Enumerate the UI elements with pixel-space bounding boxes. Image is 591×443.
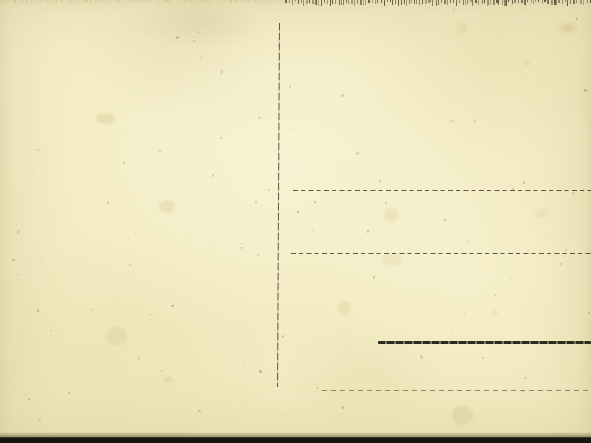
paper-speck [385, 202, 387, 204]
deckle-tick [498, 0, 499, 5]
paper-speck [38, 418, 40, 421]
deckle-tick [450, 0, 451, 3]
deckle-tick [475, 0, 477, 3]
paper-speck [444, 219, 446, 221]
deckle-tick [249, 0, 250, 2]
paper-speck [268, 189, 270, 191]
deckle-tick [567, 0, 568, 6]
deckle-tick [241, 0, 242, 2]
deckle-tick [583, 0, 584, 5]
paper-speck [576, 17, 578, 20]
deckle-tick [37, 0, 38, 3]
deckle-tick [188, 0, 190, 2]
paper-speck [287, 414, 288, 415]
paper-speck [172, 265, 174, 266]
deckle-tick [514, 0, 516, 3]
deckle-tick [148, 0, 149, 3]
deckle-tick [512, 0, 513, 4]
deckle-tick [527, 0, 528, 2]
paper-speck [549, 238, 550, 239]
paper-speck [210, 151, 212, 153]
paper-speck [41, 261, 42, 262]
paper-speck [175, 132, 177, 134]
paper-speck [123, 162, 125, 164]
paper-speck [259, 370, 262, 373]
deckle-tick [372, 0, 373, 3]
deckle-tick [95, 0, 96, 3]
paper-speck [149, 314, 151, 315]
deckle-tick [259, 0, 260, 1]
paper-speck [193, 40, 195, 43]
paper-speck [138, 412, 140, 414]
aging-stain [382, 253, 401, 266]
paper-speck [524, 377, 526, 379]
deckle-tick [506, 0, 507, 6]
paper-speck [317, 387, 319, 389]
paper-speck [173, 86, 174, 88]
paper-speck [378, 55, 380, 57]
paper-speck [5, 408, 7, 409]
deckle-tick [76, 0, 77, 1]
deckle-tick [28, 0, 29, 2]
paper-speck [572, 192, 575, 195]
deckle-tick [580, 0, 582, 4]
paper-speck [161, 370, 163, 372]
deckle-tick [170, 0, 171, 2]
paper-speck [565, 249, 567, 251]
deckle-tick [416, 0, 417, 4]
deckle-tick [244, 0, 245, 2]
deckle-tick [257, 0, 258, 2]
paper-speck [258, 104, 260, 106]
paper-speck [482, 357, 484, 358]
deckle-tick [494, 0, 495, 5]
deckle-tick [295, 0, 296, 2]
aging-stain [535, 208, 548, 218]
deckle-tick [406, 0, 407, 6]
deckle-tick [281, 0, 282, 3]
deckle-tick [62, 0, 63, 2]
deckle-tick [387, 0, 388, 2]
deckle-tick [551, 0, 553, 5]
paper-speck [259, 79, 261, 80]
paper-speck [379, 180, 381, 183]
deckle-tick [209, 0, 211, 3]
paper-speck [282, 335, 285, 338]
deckle-tick [467, 0, 468, 4]
postcard-back [0, 0, 591, 443]
deckle-tick [180, 0, 181, 3]
deckle-tick [324, 0, 325, 3]
deckle-tick [138, 0, 139, 2]
paper-speck [212, 174, 215, 177]
paper-speck [494, 294, 496, 297]
paper-speck [385, 282, 386, 283]
paper-speck [260, 97, 262, 99]
deckle-tick [395, 0, 396, 4]
deckle-tick [447, 0, 448, 5]
deckle-tick [205, 0, 206, 3]
deckle-tick [142, 0, 143, 2]
deckle-tick [398, 0, 399, 6]
aging-stain [491, 310, 498, 316]
deckle-tick [306, 0, 308, 4]
paper-speck [467, 241, 468, 243]
deckle-tick [18, 0, 20, 2]
paper-speck [200, 57, 202, 59]
deckle-tick [216, 0, 217, 2]
deckle-tick [562, 0, 563, 4]
deckle-tick [239, 0, 240, 1]
address-line [378, 341, 591, 344]
paper-speck [107, 201, 110, 204]
paper-speck [171, 305, 174, 307]
deckle-tick [538, 0, 539, 2]
deckle-tick [274, 0, 275, 3]
deckle-tick [255, 0, 256, 2]
deckle-tick [438, 0, 439, 5]
deckle-tick [502, 0, 503, 5]
deckle-tick [368, 0, 370, 3]
aging-stain [522, 60, 530, 66]
deckle-tick [422, 0, 423, 4]
deckle-tick [119, 0, 120, 3]
paper-speck [12, 259, 15, 261]
paper-speck [473, 120, 476, 123]
paper-speck [584, 89, 587, 93]
deckle-tick [430, 0, 431, 2]
deckle-tick [78, 0, 79, 2]
deckle-tick [50, 0, 51, 1]
deckle-tick [23, 0, 24, 2]
deckle-tick [518, 0, 519, 3]
deckle-tick [521, 0, 523, 3]
deckle-tick [558, 0, 560, 3]
deckle-tick [318, 0, 319, 6]
paper-speck [450, 120, 452, 122]
paper-speck [255, 201, 257, 204]
paper-speck [220, 70, 223, 74]
deckle-tick [335, 0, 336, 4]
deckle-tick [292, 0, 293, 5]
address-divider-line [277, 23, 280, 387]
deckle-tick [4, 0, 5, 3]
deckle-tick [570, 0, 571, 4]
deckle-tick [587, 0, 588, 3]
address-line [322, 390, 591, 391]
paper-speck [143, 338, 144, 340]
paper-speck [373, 276, 375, 279]
paper-speck [428, 212, 429, 213]
paper-speck [346, 347, 347, 349]
paper-speck [138, 357, 140, 360]
address-line [291, 253, 591, 254]
address-line [293, 190, 591, 191]
deckle-tick [86, 0, 88, 2]
paper-speck [298, 344, 299, 346]
paper-speck [588, 312, 589, 313]
deckle-tick [360, 0, 362, 5]
paper-speck [17, 230, 20, 233]
deckle-tick [12, 0, 13, 2]
deckle-tick [381, 0, 382, 3]
deckle-tick [44, 0, 45, 1]
deckle-tick [346, 0, 347, 3]
aging-stain [159, 200, 175, 213]
paper-speck [17, 274, 19, 275]
paper-speck [198, 410, 201, 412]
paper-speck [315, 384, 316, 385]
paper-speck [475, 367, 477, 369]
deckle-tick [34, 0, 35, 1]
paper-speck [159, 150, 161, 152]
paper-speck [297, 211, 298, 213]
deckle-tick [263, 0, 265, 2]
deckle-tick [128, 0, 129, 2]
deckle-tick [267, 0, 268, 2]
deckle-tick [351, 0, 353, 4]
deckle-tick [56, 0, 57, 3]
deckle-tick [301, 0, 302, 3]
deckle-tick [348, 0, 349, 4]
aging-stain [384, 207, 400, 222]
paper-speck [420, 355, 423, 359]
paper-speck [342, 406, 345, 410]
deckle-tick [111, 0, 112, 3]
paper-speck [91, 309, 93, 311]
deckle-tick [490, 0, 491, 5]
deckle-tick [441, 0, 442, 3]
paper-speck [242, 361, 244, 362]
paper-speck [114, 303, 116, 305]
deckle-tick [339, 0, 340, 5]
deckle-tick [278, 0, 279, 1]
deckle-tick [107, 0, 108, 1]
deckle-tick [531, 0, 532, 3]
deckle-tick [218, 0, 219, 1]
paper-texture [0, 0, 591, 443]
paper-speck [312, 229, 314, 231]
deckle-tick [289, 0, 290, 3]
deckle-tick [321, 0, 322, 6]
deckle-tick [544, 0, 546, 2]
aging-stain [338, 301, 352, 316]
deckle-tick [392, 0, 393, 5]
paper-speck [209, 242, 210, 243]
aging-stain [452, 406, 472, 425]
deckle-tick [365, 0, 366, 5]
paper-speck [289, 85, 291, 88]
paper-speck [560, 263, 562, 265]
deckle-tick [478, 0, 479, 5]
deckle-tick [72, 0, 73, 2]
deckle-tick [456, 0, 457, 6]
paper-speck [28, 398, 30, 401]
paper-speck [197, 32, 199, 33]
paper-speck [367, 230, 369, 232]
deckle-tick [122, 0, 123, 2]
paper-speck [240, 247, 242, 249]
deckle-tick [419, 0, 420, 5]
deckle-tick [101, 0, 102, 2]
deckle-tick [91, 0, 92, 2]
deckle-tick [115, 0, 117, 2]
aging-stain [106, 326, 127, 347]
paper-speck [246, 401, 248, 402]
paper-speck [464, 313, 465, 314]
deckle-tick [184, 0, 185, 2]
deckle-tick [547, 0, 549, 4]
deckle-tick [298, 0, 299, 4]
deckle-tick [193, 0, 194, 1]
deckle-tick [163, 0, 165, 3]
deckle-tick [131, 0, 132, 3]
paper-speck [496, 34, 497, 36]
deckle-tick [173, 0, 174, 3]
deckle-tick [354, 0, 355, 6]
deckle-tick [60, 0, 62, 2]
paper-speck [282, 75, 284, 76]
deckle-tick [556, 0, 557, 5]
deckle-tick [80, 0, 81, 2]
deckle-tick [8, 0, 9, 1]
deckle-tick [146, 0, 147, 2]
deckle-tick [357, 0, 358, 4]
deckle-tick [432, 0, 433, 6]
paper-speck [292, 127, 294, 129]
paper-speck [341, 94, 344, 97]
deckle-tick [463, 0, 464, 5]
aging-stain [456, 22, 467, 34]
deckle-tick [21, 0, 22, 3]
deckle-tick [453, 0, 454, 3]
deckle-tick [327, 0, 328, 4]
deckle-tick [436, 0, 437, 6]
paper-speck [258, 117, 261, 119]
paper-speck [529, 45, 530, 46]
deckle-tick [285, 0, 287, 3]
deckle-tick [482, 0, 483, 4]
deckle-tick [484, 0, 485, 3]
paper-speck [68, 392, 70, 394]
paper-speck [241, 243, 242, 244]
deckle-tick [524, 0, 526, 5]
deckle-tick [272, 0, 273, 1]
deckle-tick [535, 0, 536, 2]
deckle-tick [404, 0, 405, 4]
deckle-tick [459, 0, 460, 3]
deckle-tick [0, 0, 1, 2]
bottom-scan-band [0, 437, 591, 443]
deckle-tick [237, 0, 238, 2]
deckle-tick [576, 0, 577, 3]
paper-speck [37, 309, 39, 311]
deckle-tick [40, 0, 42, 2]
paper-speck [452, 335, 453, 336]
paper-speck [50, 330, 52, 332]
deckle-tick [225, 0, 226, 2]
deckle-tick [332, 0, 333, 4]
paper-speck [82, 419, 83, 421]
deckle-tick [384, 0, 385, 6]
deckle-tick [425, 0, 427, 4]
deckle-tick [151, 0, 152, 2]
deckle-tick [177, 0, 178, 2]
paper-speck [464, 138, 466, 139]
deckle-tick [253, 0, 254, 3]
paper-speck [74, 332, 75, 333]
deckle-tick [411, 0, 412, 3]
paper-speck [37, 149, 39, 151]
paper-speck [314, 201, 316, 203]
deckle-tick [231, 0, 232, 3]
deckle-tick [414, 0, 415, 4]
deckle-tick [159, 0, 160, 3]
deckle-tick [200, 0, 201, 3]
deckle-tick [196, 0, 197, 2]
deckle-tick [472, 0, 473, 6]
paper-speck [258, 367, 259, 368]
paper-speck [220, 137, 222, 139]
paper-speck [185, 233, 187, 234]
deckle-tick [66, 0, 68, 2]
deckle-tick [105, 0, 106, 2]
deckle-tick [212, 0, 213, 1]
deckle-tick [341, 0, 342, 5]
paper-speck [507, 40, 508, 41]
deckle-tick [343, 0, 344, 5]
paper-speck [148, 32, 149, 33]
deckle-tick [14, 0, 16, 3]
paper-speck [176, 36, 179, 39]
deckle-tick [377, 0, 378, 3]
deckle-tick [155, 0, 156, 3]
paper-speck [356, 152, 359, 155]
deckle-tick [303, 0, 304, 6]
paper-speck [453, 8, 455, 10]
deckle-tick [309, 0, 310, 3]
deckle-tick [508, 0, 509, 2]
deckle-tick [247, 0, 249, 1]
paper-speck [257, 254, 259, 256]
paper-speck [523, 181, 526, 184]
deckle-tick [401, 0, 402, 5]
deckle-tick [222, 0, 223, 2]
paper-speck [193, 312, 195, 313]
deckle-tick [465, 0, 466, 5]
paper-speck [240, 122, 241, 123]
paper-speck [580, 418, 582, 419]
aging-stain [96, 113, 115, 124]
deckle-tick [135, 0, 136, 2]
deckle-tick [47, 0, 49, 3]
deckle-tick [228, 0, 229, 2]
paper-speck [129, 264, 131, 266]
paper-speck [32, 170, 33, 171]
deckle-tick [53, 0, 55, 2]
paper-speck [135, 233, 137, 234]
paper-speck [510, 277, 511, 279]
